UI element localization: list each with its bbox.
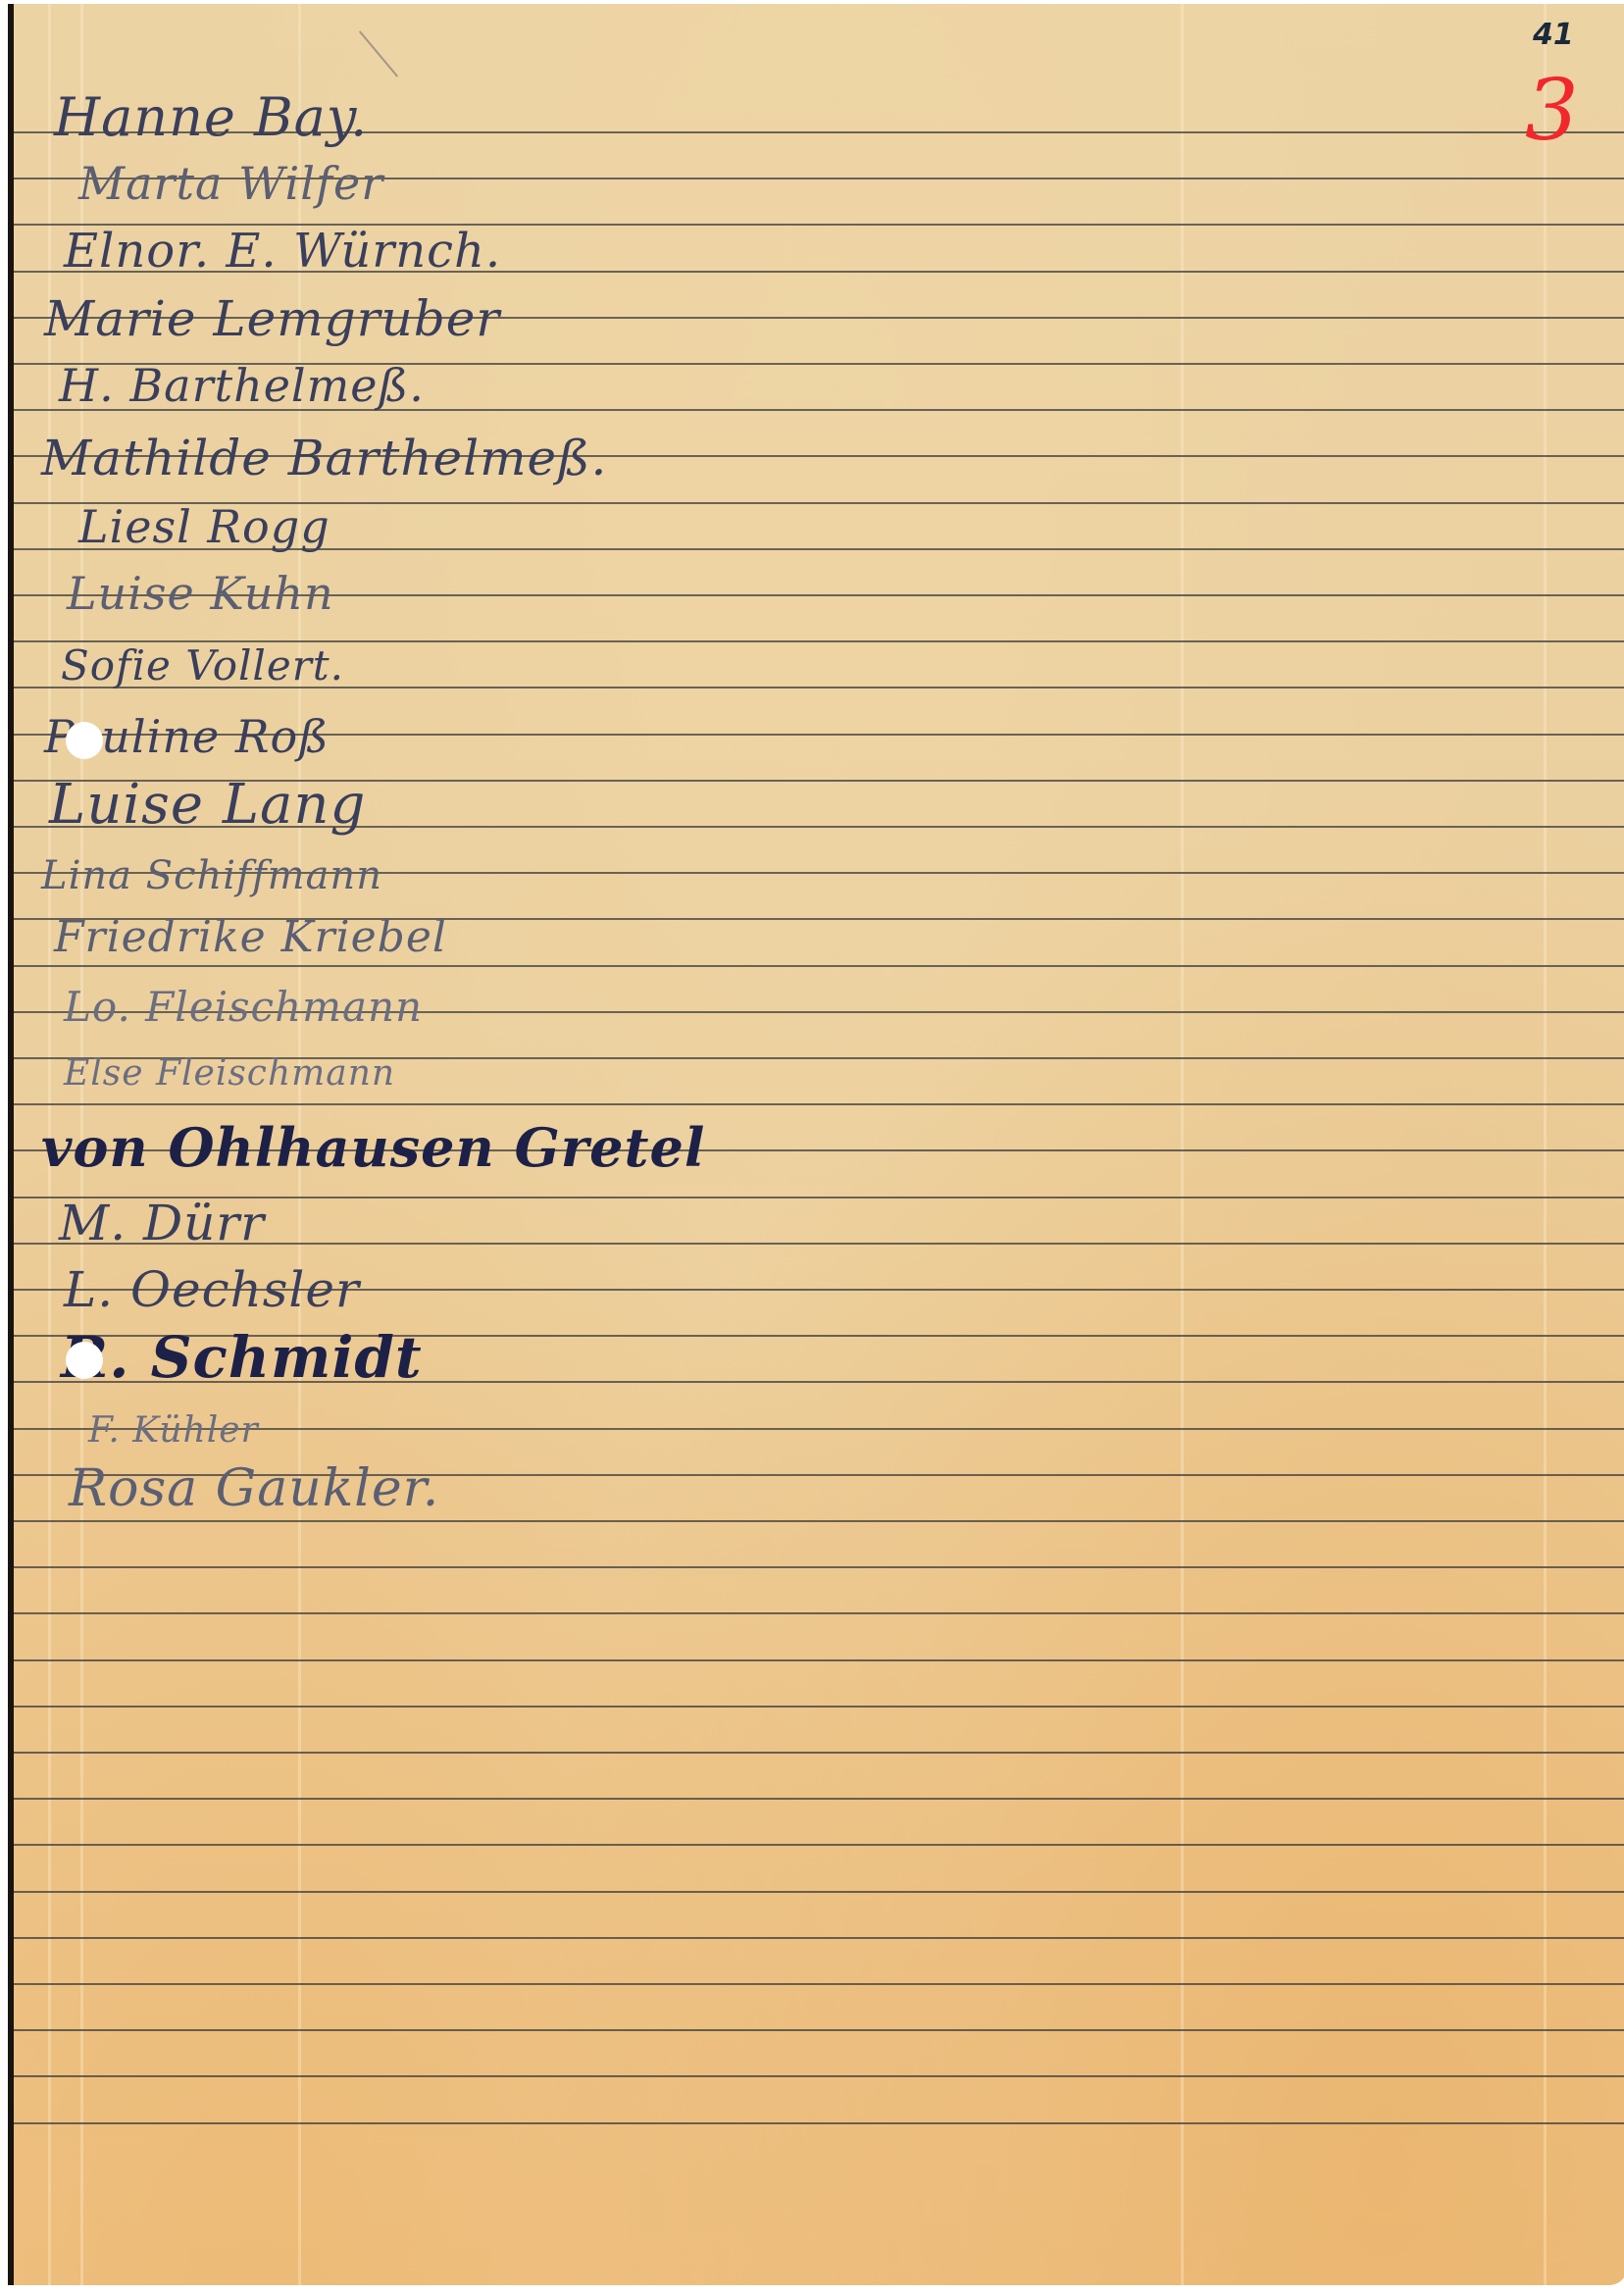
signature-entry: Else Fleischmann	[64, 1053, 395, 1094]
signature-entry: Sofie Vollert.	[61, 641, 344, 689]
ruled-line	[14, 2029, 1624, 2031]
signature-entry: Marta Wilfer	[78, 157, 383, 210]
signature-entry: L. Oechsler	[64, 1261, 360, 1318]
signature-entry: Marie Lemgruber	[44, 290, 500, 347]
ruled-line	[14, 1659, 1624, 1661]
punch-hole	[66, 722, 103, 759]
signature-entry: Luise Kuhn	[67, 567, 334, 620]
signature-entry: Luise Lang	[49, 773, 366, 837]
red-corner-mark: 3	[1525, 69, 1579, 153]
ruled-line	[14, 2122, 1624, 2124]
ruled-line	[14, 1520, 1624, 1522]
signature-entry: Lina Schiffmann	[41, 853, 382, 898]
ruled-line	[14, 1891, 1624, 1893]
signature-entry: Mathilde Barthelmeß.	[41, 430, 607, 486]
ruled-line	[14, 1844, 1624, 1846]
paper-fold	[1544, 4, 1547, 2285]
ruled-line	[14, 2075, 1624, 2077]
ruled-line	[14, 1612, 1624, 1614]
signature-entry: Friedrike Kriebel	[54, 912, 447, 962]
ruled-line	[14, 1706, 1624, 1708]
signature-entry: Liesl Rogg	[78, 500, 330, 553]
punch-hole	[66, 1342, 103, 1379]
paper-fold	[1181, 4, 1184, 2285]
ruled-line	[14, 1983, 1624, 1985]
signature-entry: Elnor. E. Würnch.	[64, 224, 501, 279]
signature-entry: von Ohlhausen Gretel	[41, 1116, 705, 1179]
signature-entry: Lo. Fleischmann	[64, 983, 423, 1031]
signature-entry: Hanne Bay.	[54, 86, 368, 148]
ruled-line	[14, 1798, 1624, 1800]
page-number: 41	[1533, 18, 1574, 52]
signature-entry: H. Barthelmeß.	[59, 359, 425, 412]
ruled-line	[14, 1566, 1624, 1568]
ruled-line	[14, 1937, 1624, 1939]
signature-entry: Rosa Gaukler.	[69, 1459, 439, 1518]
ruled-line	[14, 1103, 1624, 1105]
signature-entry: R. Schmidt	[61, 1324, 423, 1391]
ruled-line	[14, 1752, 1624, 1754]
signature-entry: F. Kühler	[88, 1410, 259, 1451]
ruled-line	[14, 965, 1624, 967]
signature-entry: M. Dürr	[59, 1195, 265, 1251]
